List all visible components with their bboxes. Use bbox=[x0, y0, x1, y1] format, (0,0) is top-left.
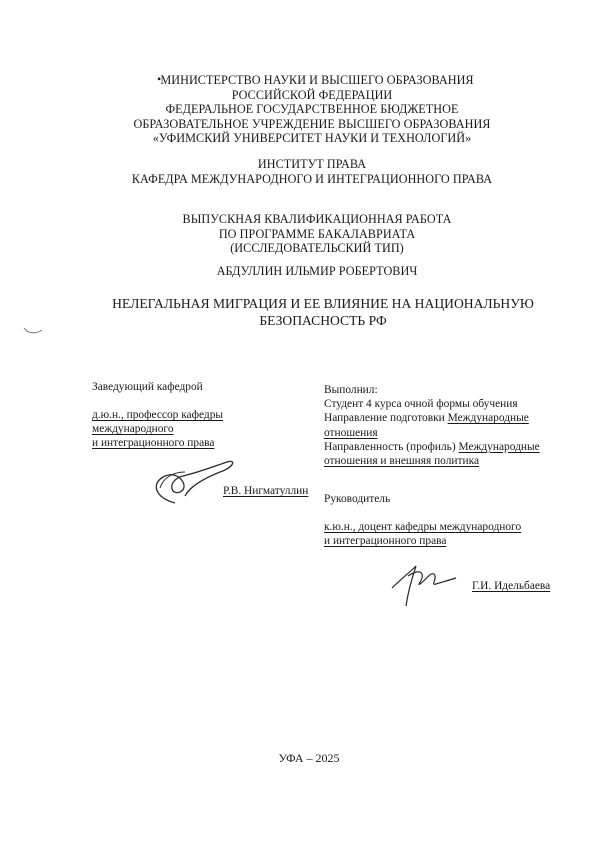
position-line: и интеграционного права bbox=[92, 436, 223, 450]
city-year: УФА – 2025 bbox=[0, 751, 606, 765]
work-type-line: (ИССЛЕДОВАТЕЛЬСКИЙ ТИП) bbox=[0, 241, 606, 256]
head-of-department-name: Р.В. Нигматуллин bbox=[223, 484, 308, 498]
profile-label: Направленность (профиль) bbox=[324, 441, 456, 453]
author-name: АБДУЛЛИН ИЛЬМИР РОБЕРТОВИЧ bbox=[0, 264, 606, 279]
title-line: БЕЗОПАСНОСТЬ РФ bbox=[0, 312, 606, 329]
direction-line: Направление подготовки Международные bbox=[324, 411, 574, 425]
header-line: «УФИМСКИЙ УНИВЕРСИТЕТ НАУКИ И ТЕХНОЛОГИЙ… bbox=[0, 131, 606, 146]
position-line: международного bbox=[92, 422, 223, 436]
head-signature-icon bbox=[145, 458, 240, 508]
ministry-header: МИНИСТЕРСТВО НАУКИ И ВЫСШЕГО ОБРАЗОВАНИЯ… bbox=[0, 73, 606, 146]
work-type-line: ПО ПРОГРАММЕ БАКАЛАВРИАТА bbox=[0, 227, 606, 242]
performer-block: Выполнил: Студент 4 курса очной формы об… bbox=[324, 383, 574, 468]
profile-line: Направленность (профиль) Международные bbox=[324, 440, 574, 454]
supervisor-position: к.ю.н., доцент кафедры международного и … bbox=[324, 520, 521, 548]
head-of-department-position: д.ю.н., профессор кафедры международного… bbox=[92, 408, 223, 451]
institute-block: ИНСТИТУТ ПРАВА КАФЕДРА МЕЖДУНАРОДНОГО И … bbox=[0, 157, 606, 186]
header-line: РОССИЙСКОЙ ФЕДЕРАЦИИ bbox=[0, 88, 606, 103]
work-type-block: ВЫПУСКНАЯ КВАЛИФИКАЦИОННАЯ РАБОТА ПО ПРО… bbox=[0, 212, 606, 256]
institute-name: ИНСТИТУТ ПРАВА bbox=[0, 157, 606, 172]
city-year-text: УФА – 2025 bbox=[0, 751, 606, 765]
direction-value: Международные bbox=[448, 412, 529, 424]
work-type-line: ВЫПУСКНАЯ КВАЛИФИКАЦИОННАЯ РАБОТА bbox=[0, 212, 606, 227]
header-line: ОБРАЗОВАТЕЛЬНОЕ УЧРЕЖДЕНИЕ ВЫСШЕГО ОБРАЗ… bbox=[0, 117, 606, 132]
scan-artifact-icon bbox=[22, 318, 46, 338]
title-line: НЕЛЕГАЛЬНАЯ МИГРАЦИЯ И ЕЕ ВЛИЯНИЕ НА НАЦ… bbox=[0, 295, 606, 312]
supervisor-label: Руководитель bbox=[324, 492, 390, 506]
position-line: д.ю.н., профессор кафедры bbox=[92, 408, 223, 422]
position-line: и интеграционного права bbox=[324, 534, 521, 548]
department-name: КАФЕДРА МЕЖДУНАРОДНОГО И ИНТЕГРАЦИОННОГО… bbox=[0, 172, 606, 187]
head-of-department-label: Заведующий кафедрой bbox=[92, 380, 203, 394]
performer-label: Выполнил: bbox=[324, 383, 574, 397]
supervisor-name: Г.И. Идельбаева bbox=[472, 579, 550, 593]
direction-label: Направление подготовки bbox=[324, 412, 445, 424]
author-text: АБДУЛЛИН ИЛЬМИР РОБЕРТОВИЧ bbox=[0, 264, 606, 279]
position-line: к.ю.н., доцент кафедры международного bbox=[324, 520, 521, 534]
profile-value-cont: отношения и внешняя политика bbox=[324, 454, 574, 468]
header-line: МИНИСТЕРСТВО НАУКИ И ВЫСШЕГО ОБРАЗОВАНИЯ bbox=[0, 73, 606, 88]
thesis-title: НЕЛЕГАЛЬНАЯ МИГРАЦИЯ И ЕЕ ВЛИЯНИЕ НА НАЦ… bbox=[0, 295, 606, 329]
supervisor-signature-icon bbox=[390, 562, 460, 610]
header-line: ФЕДЕРАЛЬНОЕ ГОСУДАРСТВЕННОЕ БЮДЖЕТНОЕ bbox=[0, 102, 606, 117]
direction-value-cont: отношения bbox=[324, 426, 574, 440]
profile-value: Международные bbox=[458, 441, 539, 453]
student-info: Студент 4 курса очной формы обучения bbox=[324, 397, 574, 411]
